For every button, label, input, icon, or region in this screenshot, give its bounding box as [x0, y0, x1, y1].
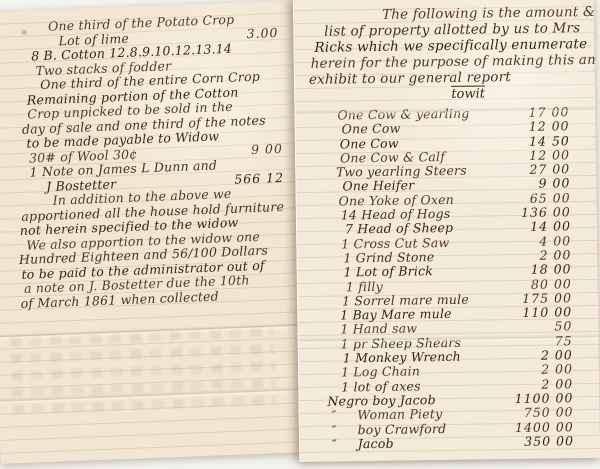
- item-value: 12 00: [529, 120, 570, 135]
- right-page-text: The following is the amount &list of pro…: [308, 4, 590, 452]
- manuscript-scan: One third of the Potato CropLot of lime3…: [0, 0, 600, 469]
- manuscript-line: exhibit to our general report: [309, 68, 585, 88]
- intro-line: exhibit to our general report: [309, 69, 511, 88]
- item-value: 14 00: [530, 220, 571, 235]
- towit-label: towit: [433, 86, 503, 102]
- bleed-through-ghost-text: [10, 319, 277, 422]
- right-page: The following is the amount &list of pro…: [293, 0, 600, 462]
- item-value: 9 00: [538, 177, 570, 192]
- item-label: 1 filly: [346, 278, 383, 294]
- left-page: One third of the Potato CropLot of lime3…: [0, 0, 319, 464]
- item-value: 50: [554, 320, 572, 335]
- item-label: ″ Jacob: [332, 436, 394, 452]
- item-value: 2 00: [541, 363, 573, 378]
- left-page-text: One third of the Potato CropLot of lime3…: [0, 10, 305, 311]
- item-label: 1 Lot of Brick: [344, 263, 434, 279]
- item-value: 750 00: [524, 405, 574, 420]
- inventory-list: One Cow & yearling17 00One Cow12 00One C…: [309, 105, 590, 452]
- line-amount: 9 00: [251, 141, 283, 157]
- item-value: 18 00: [531, 263, 572, 278]
- intro-paragraph: The following is the amount &list of pro…: [308, 4, 585, 88]
- item-label: One Cow & yearling: [337, 106, 469, 123]
- manuscript-line: ″ Jacob350 00: [314, 434, 590, 452]
- line-amount: 3.00: [246, 25, 278, 41]
- item-value: 350 00: [524, 434, 574, 449]
